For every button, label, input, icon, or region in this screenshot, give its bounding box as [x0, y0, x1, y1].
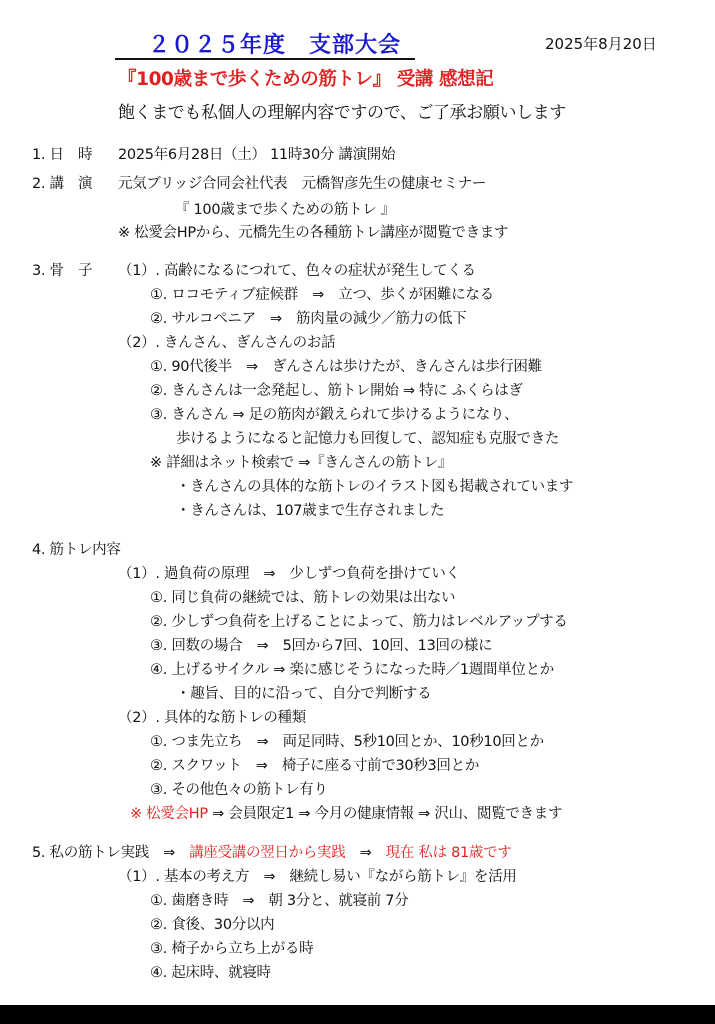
section-4-label: 4. 筋トレ内容 [32, 540, 121, 560]
section-3-point-2: （2）. きんさん、ぎんさんのお話 [118, 333, 335, 353]
section-2-note: ※ 松愛会HPから、元橋先生の各種筋トレ講座が閲覧できます [118, 223, 508, 243]
list-item: ②. サルコペニア ⇒ 筋肉量の減少／筋力の低下 [150, 309, 466, 329]
bullet-item: ・趣旨、目的に沿って、自分で判断する [176, 684, 431, 704]
document-page: ２０２５年度 支部大会 2025年8月20日 『100歳まで歩くための筋トレ』 … [0, 0, 715, 1005]
section-3-note: ※ 詳細はネット検索で ⇒『きんさんの筋トレ』 [150, 453, 452, 473]
arrow: ⇒ [345, 845, 385, 861]
page-title: ２０２５年度 支部大会 [148, 28, 401, 59]
list-item: ①. ロコモティブ症候群 ⇒ 立つ、歩くが困難になる [150, 285, 494, 305]
list-item: ③. その他色々の筋トレ有り [150, 780, 328, 800]
list-item: ②. 少しずつ負荷を上げることによって、筋力はレベルアップする [150, 612, 568, 632]
bottom-black-bar [0, 1005, 715, 1024]
bullet-item: ・きんさんは、107歳まで生存されました [176, 501, 444, 521]
list-item: ③. 椅子から立ち上がる時 [150, 939, 313, 959]
disclaimer: 飽くまでも私個人の理解内容ですので、ご了承お願いします [118, 98, 566, 123]
list-item: ②. 食後、30分以内 [150, 915, 274, 935]
list-item: ④. 起床時、就寝時 [150, 963, 271, 983]
section-3-label: 3. 骨 子 [32, 261, 92, 281]
hp-link-text: ※ 松愛会HP [130, 806, 208, 822]
list-item: ①. 同じ負荷の継続では、筋トレの効果は出ない [150, 588, 455, 608]
list-item: ③. 回数の場合 ⇒ 5回から7回、10回、13回の様に [150, 636, 492, 656]
note-rest: ⇒ 会員限定1 ⇒ 今月の健康情報 ⇒ 沢山、閲覧できます [208, 806, 562, 822]
section-4-point-1: （1）. 過負荷の原理 ⇒ 少しずつ負荷を掛けていく [118, 564, 460, 584]
list-item: ①. 歯磨き時 ⇒ 朝 3分と、就寝前 7分 [150, 891, 408, 911]
section-1-text: 2025年6月28日（土） 11時30分 講演開始 [118, 145, 395, 165]
seminar-title: 『 100歳まで歩くための筋トレ 』 [175, 200, 395, 220]
title-underline [115, 58, 415, 60]
list-item: ①. 90代後半 ⇒ ぎんさんは歩けたが、きんさんは歩行困難 [150, 357, 542, 377]
list-item: ③. きんさん ⇒ 足の筋肉が鍛えられて歩けるようになり、 [150, 405, 518, 425]
list-item: ①. つま先立ち ⇒ 両足同時、5秒10回とか、10秒10回とか [150, 732, 544, 752]
section-3-point-1: （1）. 高齢になるにつれて、色々の症状が発生してくる [118, 261, 476, 281]
section-2-label: 2. 講 演 [32, 174, 92, 194]
list-item: ④. 上げるサイクル ⇒ 楽に感じそうになった時／1週間単位とか [150, 660, 554, 680]
bullet-item: ・きんさんの具体的な筋トレのイラスト図も掲載されています [176, 477, 573, 497]
section-5-heading: 5. 私の筋トレ実践 ⇒ 講座受講の翌日から実践 ⇒ 現在 私は 81歳です [32, 843, 512, 863]
section-5-point-1: （1）. 基本の考え方 ⇒ 継続し易い『ながら筋トレ』を活用 [118, 867, 517, 887]
list-item: ②. きんさんは一念発起し、筋トレ開始 ⇒ 特に ふくらはぎ [150, 381, 523, 401]
current-age: 現在 私は 81歳です [386, 845, 512, 861]
list-item-continuation: 歩けるようになると記憶力も回復して、認知症も克服できた [176, 429, 559, 449]
document-subtitle: 『100歳まで歩くための筋トレ』 受講 感想記 [118, 65, 493, 91]
section-4-note: ※ 松愛会HP ⇒ 会員限定1 ⇒ 今月の健康情報 ⇒ 沢山、閲覧できます [130, 804, 562, 824]
document-date: 2025年8月20日 [545, 33, 657, 54]
section-1-label: 1. 日 時 [32, 145, 92, 165]
section-5-label: 5. 私の筋トレ実践 ⇒ [32, 845, 189, 861]
practice-start: 講座受講の翌日から実践 [189, 845, 345, 861]
section-4-point-2: （2）. 具体的な筋トレの種類 [118, 708, 306, 728]
list-item: ②. スクワット ⇒ 椅子に座る寸前で30秒3回とか [150, 756, 479, 776]
section-2-text: 元気ブリッジ合同会社代表 元橋智彦先生の健康セミナー [118, 174, 486, 194]
